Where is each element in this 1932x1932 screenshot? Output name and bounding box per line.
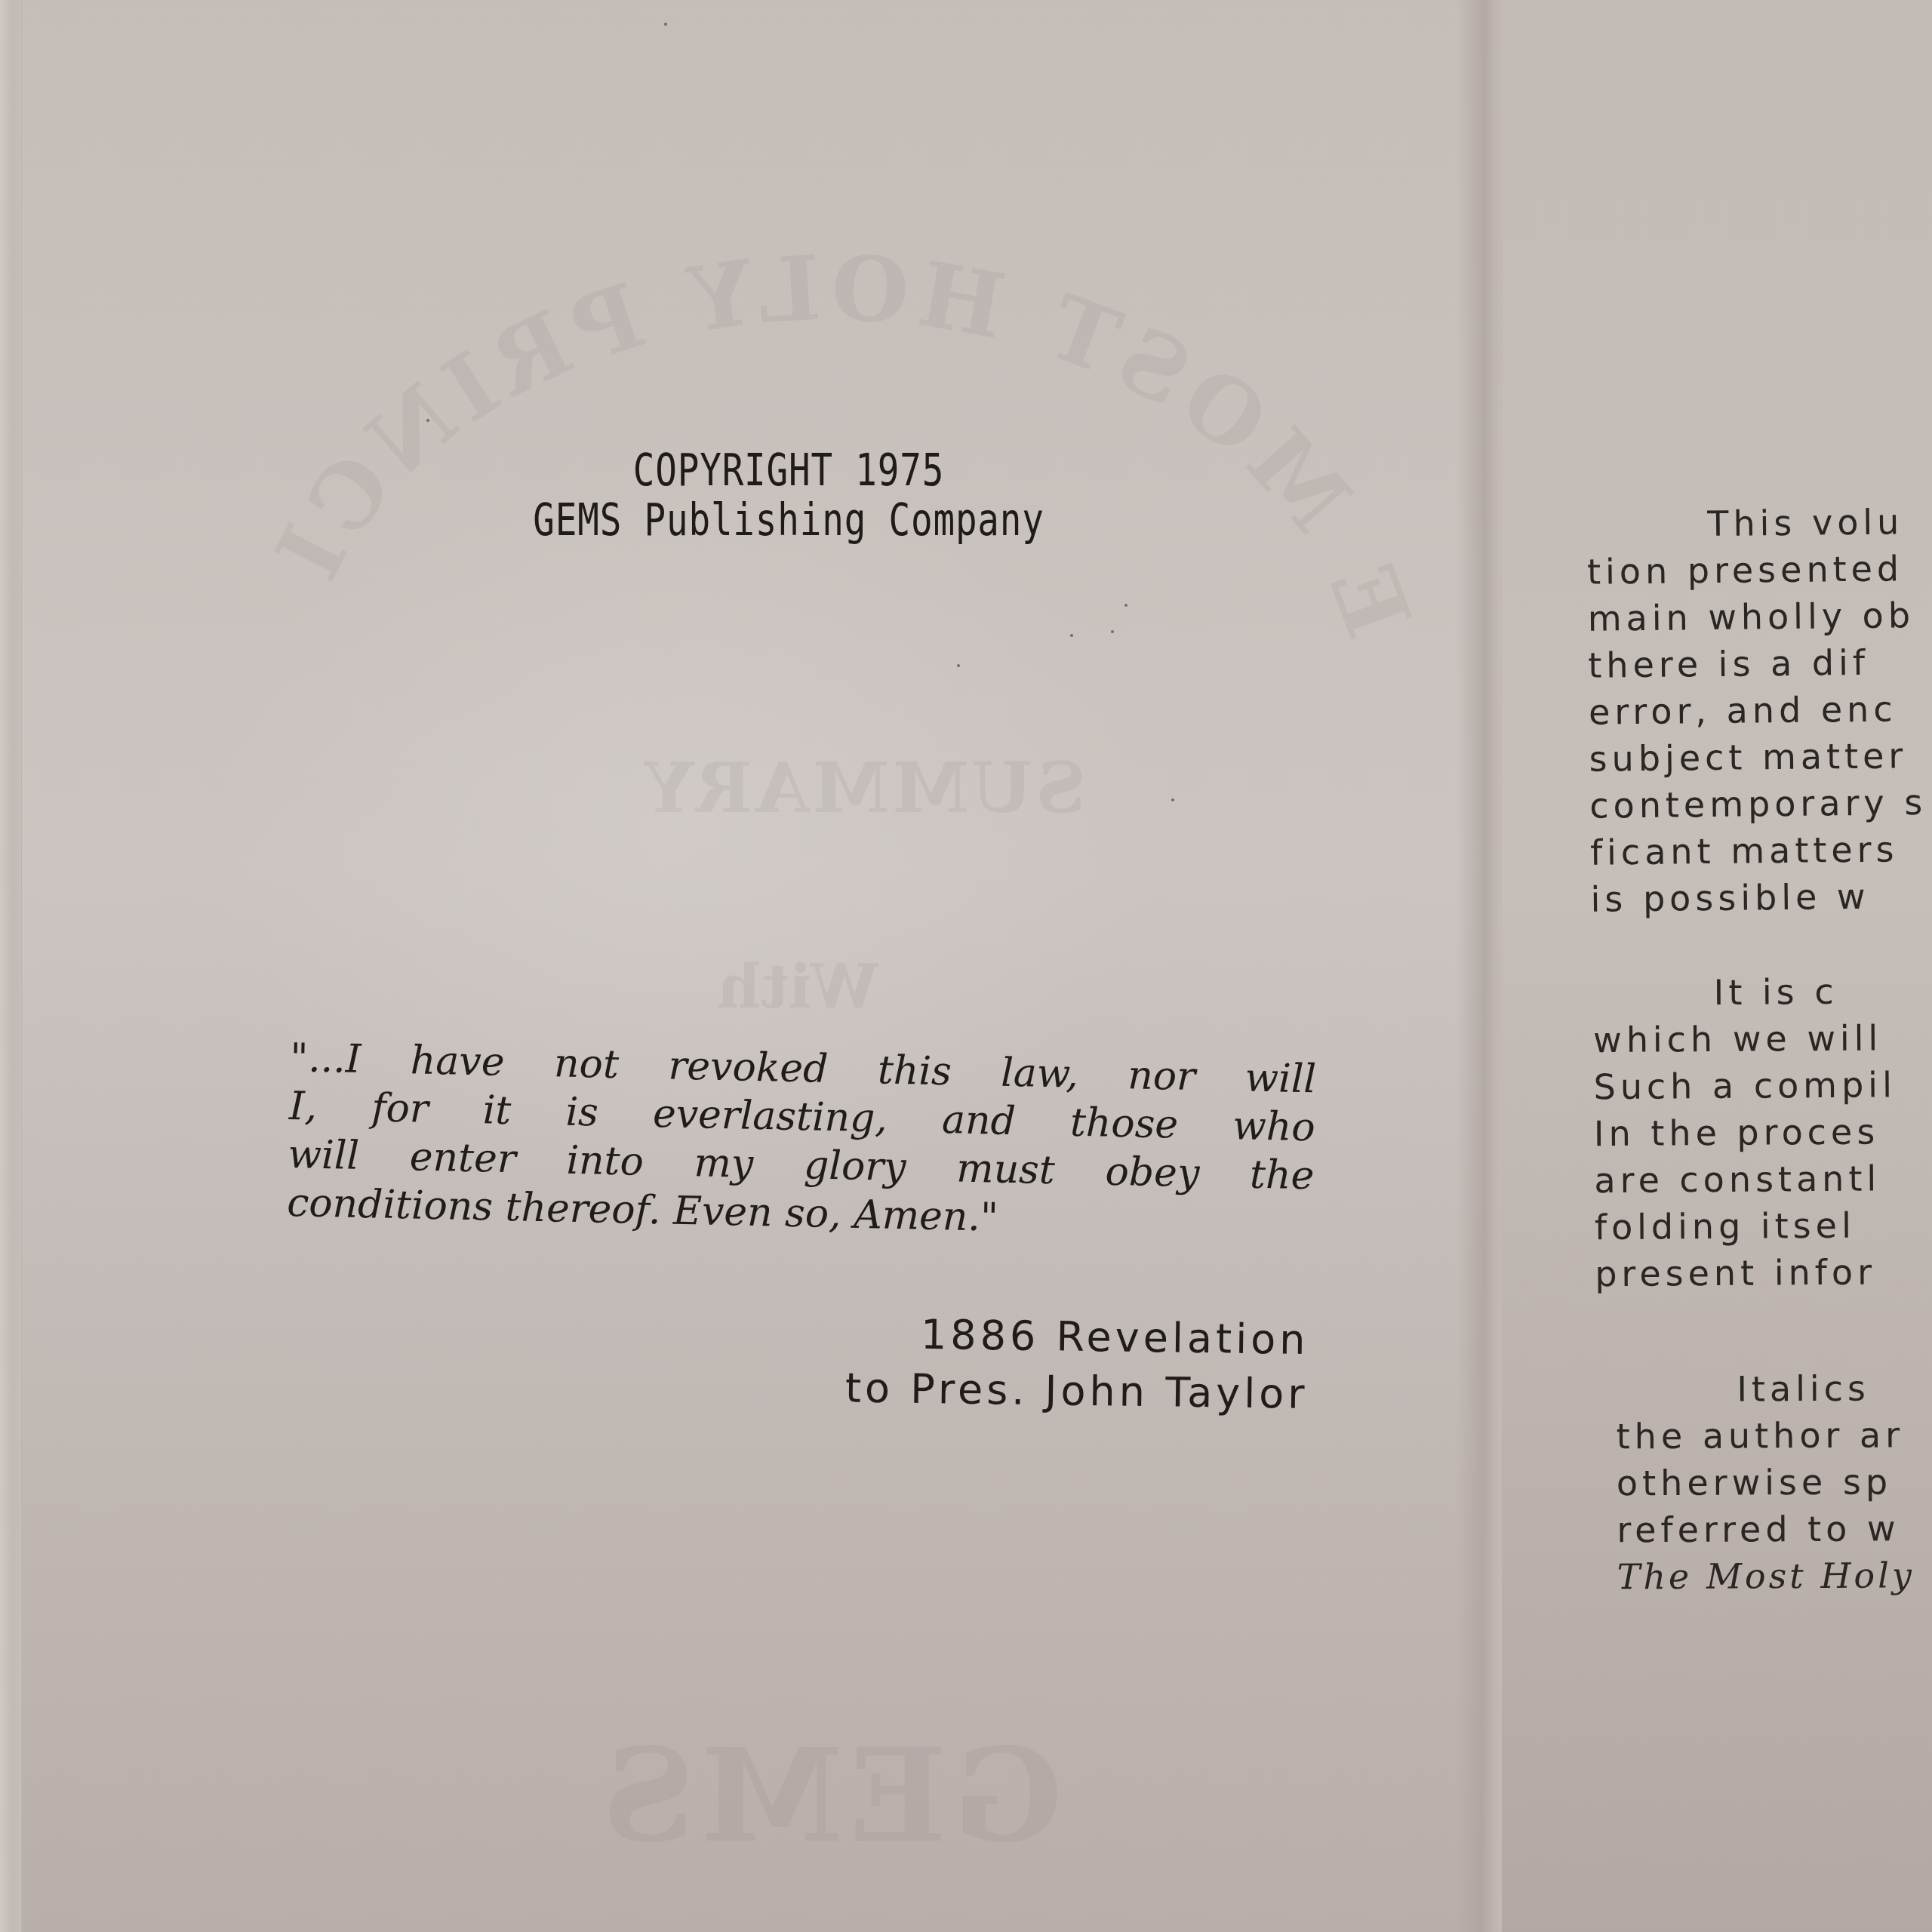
text-line: folding itsel <box>1595 1199 1932 1251</box>
bleed-through-arc-title: THE MOST HOLY PRINCIPLE <box>226 136 1434 664</box>
bleed-arc-text: THE MOST HOLY PRINCIPLE <box>252 136 1434 651</box>
book-spread: THE MOST HOLY PRINCIPLE SUMMARY With GEM… <box>0 0 1932 1932</box>
text-line: error, and enc <box>1589 681 1932 735</box>
bleed-through-gems: GEMS <box>596 1721 1063 1872</box>
text-line: ficant matters <box>1590 822 1932 875</box>
text-line: In the proces <box>1594 1106 1932 1157</box>
paragraph-2: It is c which we will Such a compil In t… <box>1592 965 1932 1297</box>
paper-speck <box>1171 798 1174 801</box>
paper-speck <box>1111 630 1114 633</box>
book-title-italic: The Most Holy <box>1617 1550 1932 1601</box>
quote-attribution: 1886 Revelation to Pres. John Taylor <box>753 1306 1309 1422</box>
text-line: subject matter <box>1589 728 1932 782</box>
paper-speck <box>426 419 429 422</box>
paper-speck <box>1124 604 1128 607</box>
right-page: This volu tion presented main wholly ob … <box>1502 0 1932 1932</box>
copyright-notice: COPYRIGHT 1975 GEMS Publishing Company <box>402 445 1176 545</box>
text-line: tion presented <box>1587 541 1932 595</box>
epigraph-quote: "...I have not revoked this law, nor wil… <box>287 1034 1317 1248</box>
text-line: main wholly ob <box>1587 588 1932 641</box>
publisher-name: GEMS Publishing Company <box>402 495 1176 545</box>
attribution-recipient: to Pres. John Taylor <box>753 1360 1309 1422</box>
text-line: It is c <box>1592 965 1932 1017</box>
text-line: otherwise sp <box>1617 1457 1932 1507</box>
paper-speck <box>957 664 960 667</box>
text-line: present infor <box>1595 1246 1932 1297</box>
right-page-text: This volu tion presented main wholly ob … <box>1502 0 1932 1932</box>
attribution-source: 1886 Revelation <box>754 1306 1309 1367</box>
text-line: referred to w <box>1617 1503 1932 1554</box>
text-line: contemporary s <box>1589 775 1932 829</box>
bleed-through-summary: SUMMARY <box>641 747 1086 829</box>
svg-text:THE MOST HOLY PRINCIPLE: THE MOST HOLY PRINCIPLE <box>252 136 1434 651</box>
paper-speck <box>664 23 667 26</box>
text-line: are constantl <box>1594 1152 1932 1204</box>
text-line: the author ar <box>1617 1410 1932 1460</box>
paragraph-1: This volu tion presented main wholly ob … <box>1586 494 1932 922</box>
text-line: This volu <box>1586 494 1932 548</box>
paper-speck <box>1070 634 1073 637</box>
text-line: there is a dif <box>1588 635 1932 688</box>
bleed-through-with: With <box>717 951 878 1022</box>
text-line: Such a compil <box>1593 1059 1932 1110</box>
text-line: Italics <box>1616 1363 1932 1414</box>
text-line: is possible w <box>1590 869 1932 922</box>
copyright-year: COPYRIGHT 1975 <box>402 445 1176 495</box>
text-line: which we will <box>1593 1012 1932 1063</box>
paragraph-3: Italics the author ar otherwise sp refer… <box>1616 1363 1932 1601</box>
left-page: THE MOST HOLY PRINCIPLE SUMMARY With GEM… <box>0 0 1483 1932</box>
page-edge <box>0 0 22 1932</box>
